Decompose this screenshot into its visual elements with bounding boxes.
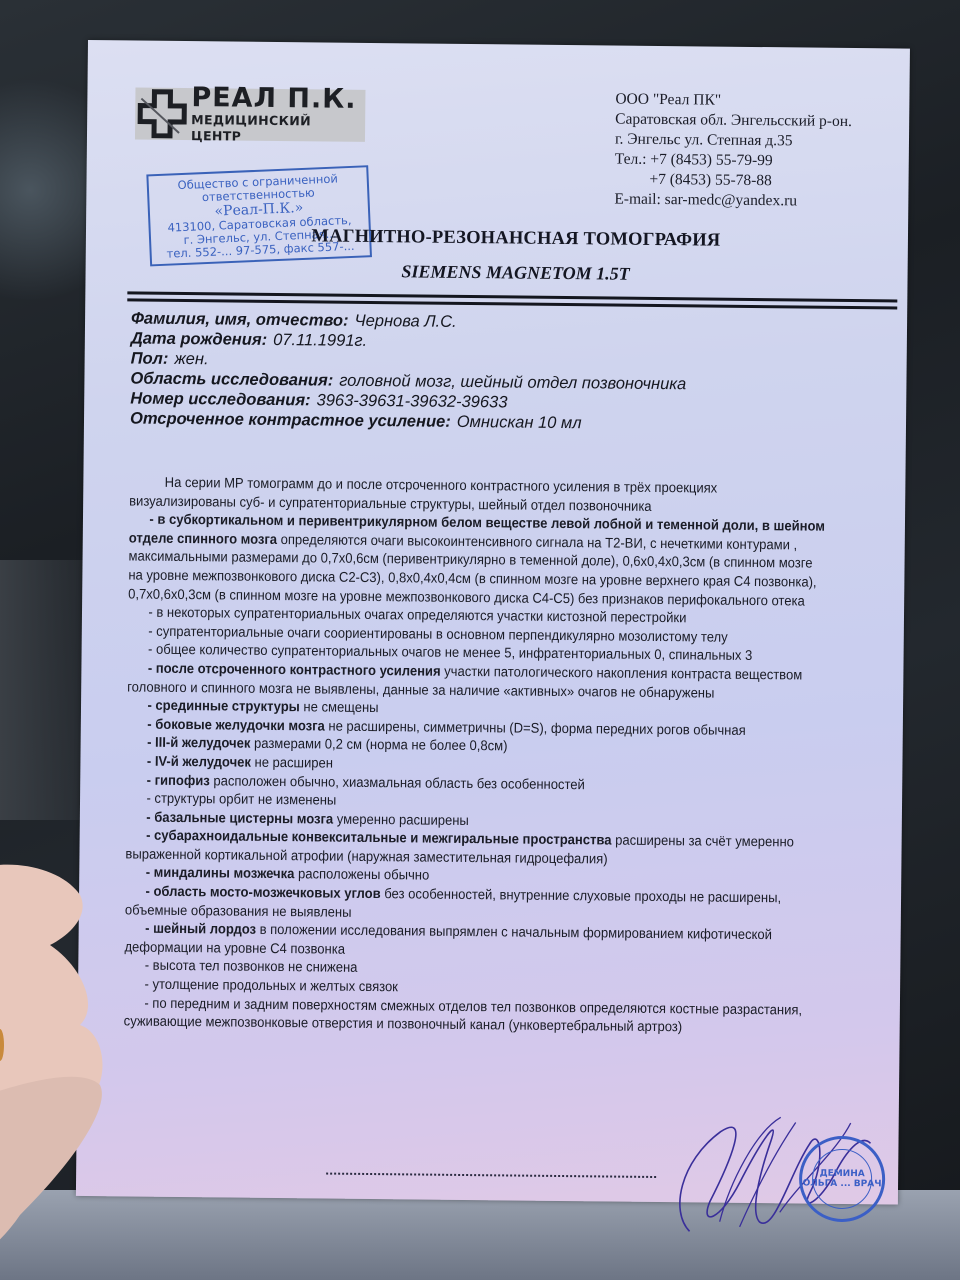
finding-heading: - IV-й желудочек (147, 753, 251, 770)
finding-text: не смещены (300, 698, 379, 715)
finding-heading: - шейный лордоз (145, 920, 256, 937)
address-line: Саратовская обл. Энгельсский р-он. (615, 110, 852, 132)
field-label: Номер исследования: (130, 389, 311, 409)
field-label: Фамилия, имя, отчество: (131, 309, 349, 329)
stamp-text: ДЕМИНА ОЛЬГА ... ВРАЧ (802, 1169, 882, 1190)
finding-text: расположены обычно (294, 866, 429, 883)
finding-heading: - боковые желудочки мозга (147, 715, 325, 733)
finding-heading: - базальные цистерны мозга (146, 808, 333, 826)
clinic-type: МЕДИЦИНСКИЙ ЦЕНТР (191, 112, 365, 146)
medical-cross-icon (137, 89, 188, 140)
email-line: E-mail: sar-medc@yandex.ru (614, 190, 851, 212)
finding-text: расположен обычно, хиазмальная область б… (210, 772, 585, 792)
doctor-round-stamp: ДЕМИНА ОЛЬГА ... ВРАЧ (799, 1136, 886, 1223)
field-label: Дата рождения: (131, 329, 267, 348)
finding-text: умеренно расширены (333, 810, 469, 827)
phone-line: Тел.: +7 (8453) 55-79-99 (615, 150, 852, 172)
finding-heading: - срединные структуры (147, 697, 300, 715)
clinic-address: ООО "Реал ПК" Саратовская обл. Энгельсск… (614, 90, 852, 212)
finding-heading: - гипофиз (147, 771, 210, 788)
address-line: г. Энгельс ул. Степная д.35 (615, 130, 852, 152)
signature-line (326, 1173, 656, 1178)
company-stamp: Общество с ограниченной ответственностью… (146, 165, 372, 266)
mri-report-sheet: РЕАЛ П.К. МЕДИЦИНСКИЙ ЦЕНТР ООО "Реал ПК… (76, 40, 910, 1205)
field-label: Отсроченное контрастное усиление: (130, 409, 451, 430)
finding-heading: - миндалины мозжечка (146, 864, 295, 882)
contrast-agent: Омнискан 10 мл (457, 413, 582, 432)
finding-heading: - III-й желудочек (147, 734, 250, 751)
report-findings: На серии МР томограмм до и после отсроче… (124, 472, 827, 1037)
address-line: ООО "Реал ПК" (615, 90, 852, 112)
study-area: головной мозг, шейный отдел позвоночника (339, 372, 686, 394)
field-label: Пол: (131, 349, 169, 367)
finding-paragraph: - в субкортикальном и перивентрикулярном… (128, 510, 826, 610)
patient-name: Чернова Л.С. (354, 312, 456, 331)
hand-holding-paper (0, 855, 130, 1275)
finding-heading: - область мосто-мозжечковых углов (145, 883, 380, 901)
study-number: 3963-39631-39632-39633 (317, 391, 508, 411)
clinic-name: РЕАЛ П.К. (191, 84, 365, 114)
phone-line: +7 (8453) 55-78-88 (614, 170, 851, 192)
clinic-logo: РЕАЛ П.К. МЕДИЦИНСКИЙ ЦЕНТР (135, 88, 366, 142)
finding-paragraph: - по передним и задним поверхностям смеж… (124, 993, 822, 1037)
finding-text: не расширен (251, 754, 333, 771)
patient-info: Фамилия, имя, отчество:Чернова Л.С. Дата… (130, 308, 687, 434)
finding-text: размерами 0,2 см (норма не более 0,8см) (250, 735, 507, 754)
finding-heading: - после отсроченного контрастного усилен… (148, 660, 441, 679)
finding-heading: - субарахноидальные конвекситальные и ме… (146, 827, 612, 848)
field-label: Область исследования: (130, 369, 333, 389)
sex: жен. (174, 350, 208, 368)
date-of-birth: 07.11.1991г. (273, 331, 367, 350)
scanner-model: SIEMENS MAGNETOM 1.5T (295, 260, 735, 286)
